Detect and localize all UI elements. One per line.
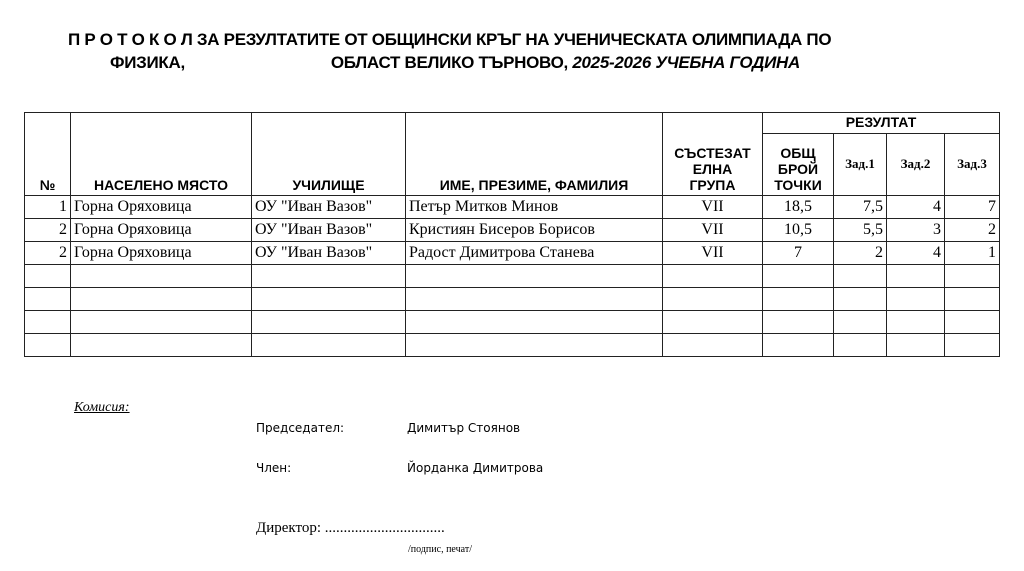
cell-task1: 2 bbox=[834, 242, 887, 265]
cell-total: 18,5 bbox=[763, 196, 834, 219]
cell-name: Кристиян Бисеров Борисов bbox=[406, 219, 663, 242]
cell-task3: 1 bbox=[945, 242, 1000, 265]
results-table: № НАСЕЛЕНО МЯСТО УЧИЛИЩЕ ИМЕ, ПРЕЗИМЕ, Ф… bbox=[24, 112, 1000, 357]
chair-name: Димитър Стоянов bbox=[407, 421, 520, 435]
cell-task1: 5,5 bbox=[834, 219, 887, 242]
header-task1: Зад.1 bbox=[834, 134, 887, 196]
header-place: НАСЕЛЕНО МЯСТО bbox=[71, 113, 252, 196]
cell-task3: 7 bbox=[945, 196, 1000, 219]
region: ОБЛАСТ ВЕЛИКО ТЪРНОВО, bbox=[331, 53, 568, 72]
empty-row bbox=[25, 265, 1000, 288]
cell-total: 10,5 bbox=[763, 219, 834, 242]
cell-group: VII bbox=[663, 219, 763, 242]
protocol-title-line2: ФИЗИКА,ОБЛАСТ ВЕЛИКО ТЪРНОВО, 2025-2026 … bbox=[110, 53, 1024, 73]
empty-row bbox=[25, 334, 1000, 357]
header-no: № bbox=[25, 113, 71, 196]
header-total: ОБЩБРОЙТОЧКИ bbox=[763, 134, 834, 196]
cell-place: Горна Оряховица bbox=[71, 219, 252, 242]
cell-no: 2 bbox=[25, 242, 71, 265]
cell-school: ОУ "Иван Вазов" bbox=[252, 219, 406, 242]
cell-school: ОУ "Иван Вазов" bbox=[252, 196, 406, 219]
cell-total: 7 bbox=[763, 242, 834, 265]
cell-task3: 2 bbox=[945, 219, 1000, 242]
table-row: 2Горна ОряховицаОУ "Иван Вазов"Радост Ди… bbox=[25, 242, 1000, 265]
protocol-title-line1: П Р О Т О К О Л ЗА РЕЗУЛТАТИТЕ ОТ ОБЩИНС… bbox=[68, 30, 1024, 50]
header-school: УЧИЛИЩЕ bbox=[252, 113, 406, 196]
cell-place: Горна Оряховица bbox=[71, 196, 252, 219]
cell-name: Радост Димитрова Станева bbox=[406, 242, 663, 265]
signature-note: /подпис, печат/ bbox=[408, 544, 472, 555]
header-result: РЕЗУЛТАТ bbox=[763, 113, 1000, 134]
cell-name: Петър Митков Минов bbox=[406, 196, 663, 219]
cell-no: 1 bbox=[25, 196, 71, 219]
cell-group: VII bbox=[663, 196, 763, 219]
member-label: Член: bbox=[256, 461, 291, 475]
cell-group: VII bbox=[663, 242, 763, 265]
empty-row bbox=[25, 311, 1000, 334]
empty-row bbox=[25, 288, 1000, 311]
chair-label: Председател: bbox=[256, 421, 344, 435]
subject: ФИЗИКА, bbox=[110, 53, 185, 72]
cell-school: ОУ "Иван Вазов" bbox=[252, 242, 406, 265]
header-task2: Зад.2 bbox=[887, 134, 945, 196]
commission-label: Комисия: bbox=[74, 400, 130, 416]
cell-task2: 4 bbox=[887, 242, 945, 265]
school-year: 2025-2026 УЧЕБНА ГОДИНА bbox=[572, 53, 800, 72]
header-name: ИМЕ, ПРЕЗИМЕ, ФАМИЛИЯ bbox=[406, 113, 663, 196]
table-row: 2Горна ОряховицаОУ "Иван Вазов"Кристиян … bbox=[25, 219, 1000, 242]
director-signature-line: Директор: ..............................… bbox=[256, 520, 445, 537]
cell-task2: 4 bbox=[887, 196, 945, 219]
cell-task2: 3 bbox=[887, 219, 945, 242]
cell-place: Горна Оряховица bbox=[71, 242, 252, 265]
table-row: 1Горна ОряховицаОУ "Иван Вазов"Петър Мит… bbox=[25, 196, 1000, 219]
cell-task1: 7,5 bbox=[834, 196, 887, 219]
cell-no: 2 bbox=[25, 219, 71, 242]
header-group: СЪСТЕЗАТЕЛНАГРУПА bbox=[663, 113, 763, 196]
header-task3: Зад.3 bbox=[945, 134, 1000, 196]
member-name: Йорданка Димитрова bbox=[407, 461, 543, 475]
